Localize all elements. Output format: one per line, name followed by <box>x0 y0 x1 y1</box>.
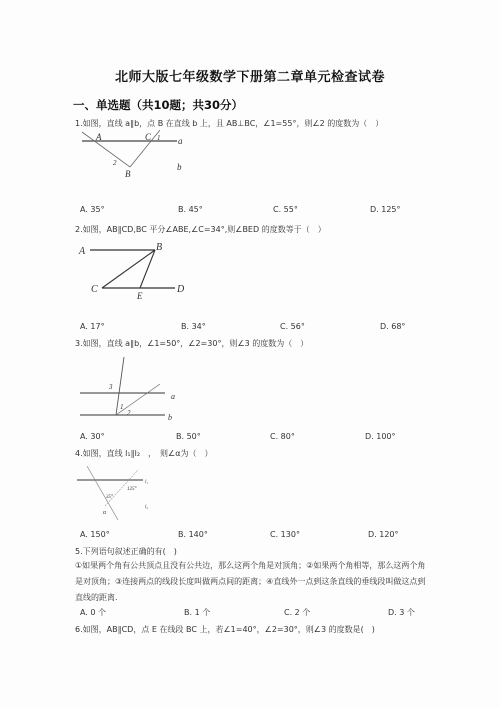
q1-option-c[interactable]: C. 55° <box>273 205 298 214</box>
svg-text:3: 3 <box>108 383 113 391</box>
q1-option-d[interactable]: D. 125° <box>370 205 401 214</box>
question-3-text: 3.如图，直线 a∥b，∠1=50°，∠2=30°，则∠3 的度数为（ ） <box>75 338 308 349</box>
svg-text:a: a <box>171 392 175 401</box>
svg-text:1: 1 <box>120 403 124 411</box>
svg-text:1: 1 <box>157 134 161 142</box>
q2-option-c[interactable]: C. 56° <box>280 322 305 331</box>
question-2-text: 2.如图，AB∥CD,BC 平分∠ABE,∠C=34°,则∠BED 的度数等于（… <box>75 224 326 235</box>
question-4-text: 4.如图，直线 l₁∥l₂ ， 则∠α为（ ） <box>75 448 212 459</box>
svg-text:C: C <box>91 284 98 295</box>
svg-text:125°: 125° <box>127 487 137 492</box>
q2-option-b[interactable]: B. 34° <box>181 322 206 331</box>
svg-text:35°: 35° <box>106 495 113 500</box>
q2-option-a[interactable]: A. 17° <box>80 322 105 331</box>
q3-option-d[interactable]: D. 100° <box>365 432 396 441</box>
svg-text:2: 2 <box>113 159 117 167</box>
question-1-figure: A C 1 a 2 B b <box>60 125 210 185</box>
svg-text:l₂: l₂ <box>145 505 148 510</box>
q4-option-b[interactable]: B. 140° <box>178 530 208 539</box>
question-5-text: 5.下列语句叙述正确的有( ) <box>75 546 177 557</box>
question-2-figure: A B C E D <box>60 235 210 305</box>
svg-text:B: B <box>156 242 162 253</box>
svg-text:D: D <box>176 284 185 295</box>
q1-option-b[interactable]: B. 45° <box>178 205 203 214</box>
q3-option-b[interactable]: B. 50° <box>176 432 201 441</box>
question-5-body: ①如果两个角有公共顶点且没有公共边，那么这两个角是对顶角；②如果两个角相等，那么… <box>75 558 430 606</box>
q5-option-b[interactable]: B. 1 个 <box>184 607 210 618</box>
question-3-figure: 3 1 2 a b <box>60 355 210 430</box>
q1-option-a[interactable]: A. 35° <box>80 205 105 214</box>
q4-option-c[interactable]: C. 130° <box>270 530 300 539</box>
svg-text:b: b <box>177 162 182 172</box>
q2-option-d[interactable]: D. 68° <box>380 322 405 331</box>
svg-text:A: A <box>78 246 86 257</box>
q4-option-a[interactable]: A. 150° <box>80 530 110 539</box>
question-4-figure: l₁ l₂ 125° 35° α <box>60 460 170 525</box>
page-title: 北师大版七年级数学下册第二章单元检查试卷 <box>0 66 500 85</box>
svg-text:C: C <box>145 132 152 142</box>
q4-option-d[interactable]: D. 120° <box>368 530 399 539</box>
question-6-text: 6.如图，AB∥CD，点 E 在线段 BC 上，若∠1=40°，∠2=30°，则… <box>75 624 375 635</box>
svg-text:E: E <box>136 291 143 301</box>
q5-option-a[interactable]: A. 0 个 <box>80 607 106 618</box>
q3-option-c[interactable]: C. 80° <box>270 432 295 441</box>
q3-option-a[interactable]: A. 30° <box>80 432 105 441</box>
svg-text:a: a <box>178 136 183 146</box>
q5-option-d[interactable]: D. 3 个 <box>388 607 415 618</box>
svg-text:α: α <box>103 510 107 516</box>
svg-text:A: A <box>95 132 102 142</box>
svg-text:l₁: l₁ <box>145 480 148 485</box>
svg-text:b: b <box>168 413 172 422</box>
svg-text:2: 2 <box>127 409 131 417</box>
q5-option-c[interactable]: C. 2 个 <box>284 607 310 618</box>
svg-text:B: B <box>125 169 131 179</box>
section-heading: 一、单选题（共10题；共30分） <box>73 97 243 113</box>
